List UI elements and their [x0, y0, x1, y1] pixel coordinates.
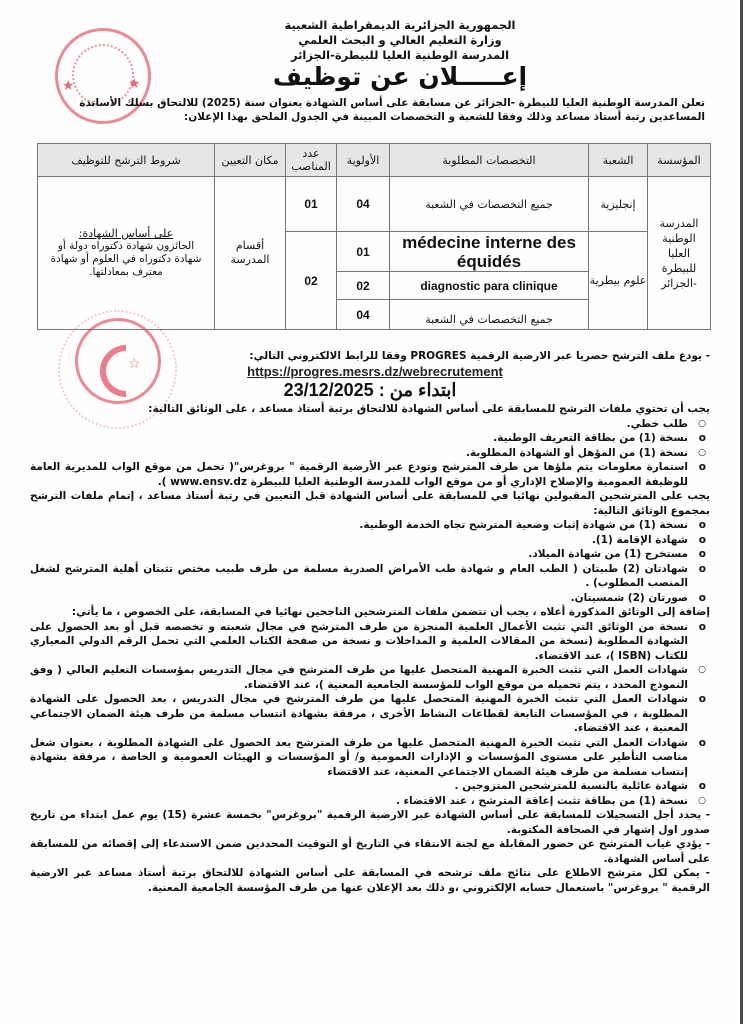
letterhead: الجمهورية الجزائرية الديمقراطية الشعبية …: [270, 18, 530, 63]
progres-link[interactable]: https://progres.mesrs.dz/webrecrutement: [230, 364, 520, 379]
col-positions: عدد المناصب: [286, 144, 337, 177]
intro-paragraph: تعلن المدرسة الوطنية العليا للبيطرة -الج…: [40, 96, 705, 124]
ministry-name: وزارة التعليم العالي و البحث العلمي: [270, 33, 530, 48]
list-item: شهادات العمل التي تثبت الخبرة المهنية ال…: [30, 736, 688, 780]
announcement-page: ★ ★ ☆ الجمهورية الجزائرية الديمقراطية ال…: [0, 0, 745, 1024]
note-interview-absence: - يؤدي غياب المترشح عن حضور المقابلة مع …: [30, 837, 710, 866]
institution-cell: المدرسة الوطنية العليا للبيطرة -الجزائر: [648, 177, 711, 330]
list-item: استمارة معلومات يتم ملؤها من طرف المترشح…: [30, 460, 688, 489]
note-registration-deadline: - يحدد أجل التسجيلات للمسابقة على أساس ا…: [30, 808, 710, 837]
conditions-title: على أساس الشهادة:: [44, 227, 208, 240]
positions-table: المؤسسة الشعبة التخصصات المطلوبة الأولوي…: [37, 143, 711, 330]
specialty-cell: médecine interne des équidés: [390, 232, 589, 272]
list-item: نسخة (1) من بطاقة تثبت إعاقة المترشح ، ع…: [30, 794, 688, 809]
list-item: نسخة (1) من بطاقة التعريف الوطنية.: [30, 431, 688, 446]
col-institution: المؤسسة: [648, 144, 711, 177]
docs-intro: يجب أن تحتوي ملفات الترشح للمسابقة على أ…: [30, 402, 710, 417]
priority-cell: 04: [337, 300, 390, 330]
republic-name: الجمهورية الجزائرية الديمقراطية الشعبية: [270, 18, 530, 33]
col-conditions: شروط الترشح للتوظيف: [38, 144, 215, 177]
specialty-cell: diagnostic para clinique: [390, 272, 589, 300]
list-item: طلب خطي.: [30, 417, 688, 432]
accepted-docs-list: نسخة (1) من شهادة إثبات وضعية المترشح تج…: [30, 518, 710, 605]
branch-cell: علوم بيطرية: [589, 232, 648, 330]
positions-cell: 02: [286, 232, 337, 330]
start-label: ابتداء من :: [379, 380, 457, 400]
page-edge-border: [740, 0, 743, 1024]
list-item: مستخرج (1) من شهادة الميلاد.: [30, 547, 688, 562]
col-specialties: التخصصات المطلوبة: [390, 144, 589, 177]
list-item: نسخة (1) من المؤهل أو الشهادة المطلوبة.: [30, 446, 688, 461]
priority-cell: 02: [337, 272, 390, 300]
conditions-body: الحائزون شهادة دكتوراه دولة أو شهادة دكت…: [44, 240, 208, 279]
start-date: 23/12/2025: [284, 380, 374, 400]
list-item: شهادات العمل التي تثبت الخبرة المهنية ال…: [30, 692, 688, 736]
specialty-cell: جميع التخصصات في الشعبة: [390, 300, 589, 330]
priority-cell: 04: [337, 177, 390, 232]
col-priority: الأولوية: [337, 144, 390, 177]
list-item: شهادة الإقامة (1).: [30, 533, 688, 548]
table-row: المدرسة الوطنية العليا للبيطرة -الجزائر …: [38, 177, 711, 232]
list-item: شهادات العمل التي تثبت الخبرة المهنية ال…: [30, 663, 688, 692]
deposit-instruction: - يودع ملف الترشح حصريا عبر الارضية الرق…: [140, 350, 710, 362]
table-header-row: المؤسسة الشعبة التخصصات المطلوبة الأولوي…: [38, 144, 711, 177]
col-branch: الشعبة: [589, 144, 648, 177]
conditions-cell: على أساس الشهادة: الحائزون شهادة دكتوراه…: [38, 177, 215, 330]
requirements-body: يجب أن تحتوي ملفات الترشح للمسابقة على أ…: [30, 402, 710, 895]
branch-cell: إنجليزية: [589, 177, 648, 232]
school-name: المدرسة الوطنية العليا للبيطرة-الجزائر: [270, 48, 530, 63]
note-results: - يمكن لكل مترشح الاطلاع على نتائج ملف ت…: [30, 866, 710, 895]
start-date-line: ابتداء من : 23/12/2025: [240, 380, 500, 401]
positions-cell: 01: [286, 177, 337, 232]
page-title: إعـــــلان عن توظيف: [250, 62, 550, 91]
extra-intro: إضافة إلى الوثائق المذكورة أعلاه ، يجب أ…: [30, 605, 710, 620]
accepted-intro: يجب على المترشحين المقبولين نهائيا في لل…: [30, 489, 710, 518]
priority-cell: 01: [337, 232, 390, 272]
extra-docs-list: نسخة من الوثائق التي تثبت الأعمال العلمي…: [30, 620, 710, 809]
list-item: صورتان (2) شمسيتان.: [30, 591, 688, 606]
list-item: نسخة (1) من شهادة إثبات وضعية المترشح تج…: [30, 518, 688, 533]
docs-list: طلب خطي. نسخة (1) من بطاقة التعريف الوطن…: [30, 417, 710, 490]
place-cell: أقسام المدرسة: [215, 177, 286, 330]
list-item: شهادة عائلية بالنسبة للمترشحين المتزوجين…: [30, 779, 688, 794]
list-item: شهادتان (2) طبيتان ( الطب العام و شهادة …: [30, 562, 688, 591]
specialty-cell: جميع التخصصات في الشعبة: [390, 177, 589, 232]
col-place: مكان التعيين: [215, 144, 286, 177]
list-item: نسخة من الوثائق التي تثبت الأعمال العلمي…: [30, 620, 688, 664]
